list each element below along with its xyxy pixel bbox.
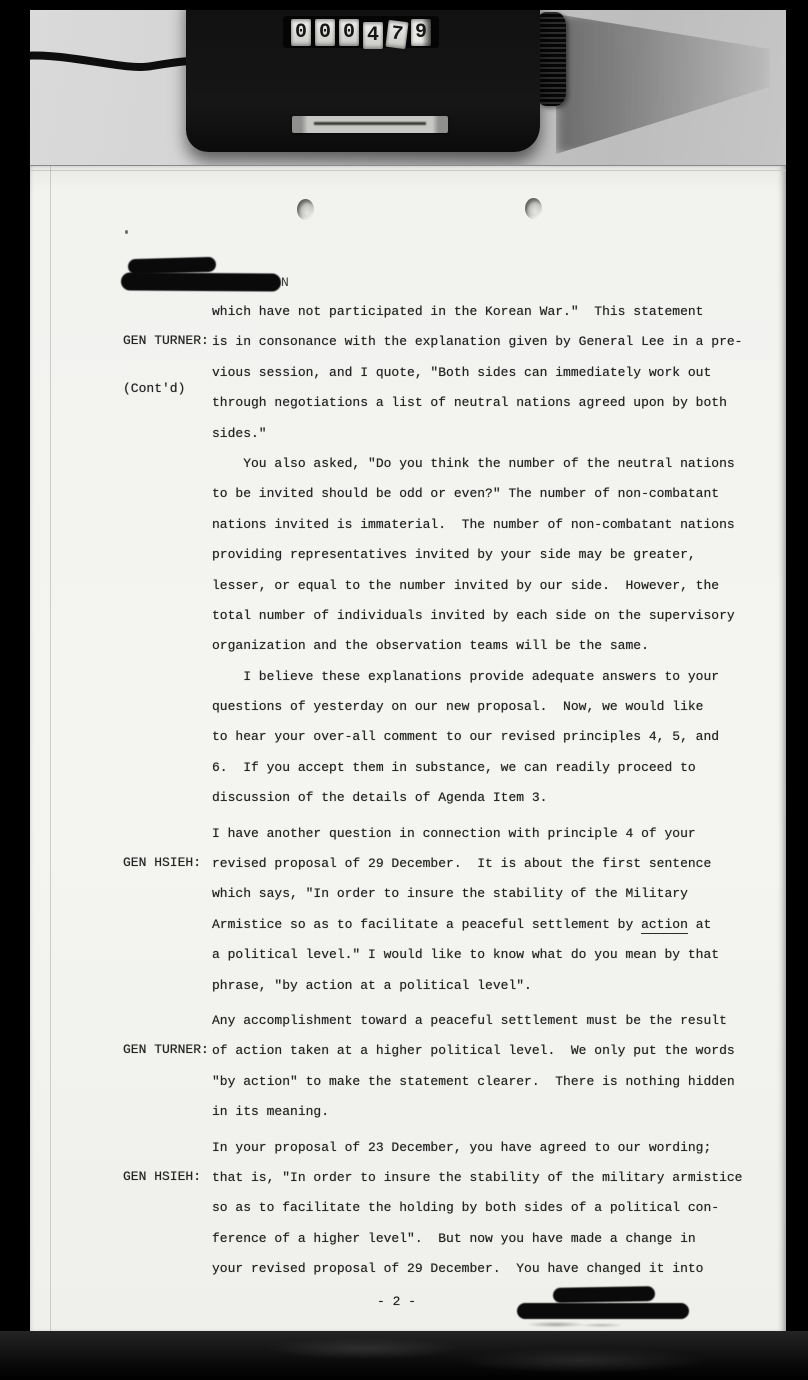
punch-hole-icon bbox=[297, 199, 314, 220]
transcript-line: lesser, or equal to the number invited b… bbox=[212, 571, 773, 601]
line-segment: Armistice so as to facilitate a peaceful… bbox=[212, 917, 641, 932]
redaction-partial-text: N bbox=[281, 275, 289, 290]
transcript: GEN TURNER: (Cont'd) which have not part… bbox=[123, 297, 773, 1290]
digit-cell: 7 bbox=[385, 19, 408, 48]
speaker-name: GEN HSIEH: bbox=[123, 1169, 212, 1185]
transcript-line: Armistice so as to facilitate a peaceful… bbox=[212, 910, 773, 940]
line-segment: at bbox=[688, 917, 711, 932]
digit-cell: 0 bbox=[339, 19, 359, 46]
redaction-bar bbox=[553, 1286, 655, 1303]
speaker-label: GEN TURNER: bbox=[123, 1006, 212, 1128]
digit: 0 bbox=[319, 21, 331, 44]
counter-label-plate bbox=[292, 116, 448, 133]
transcript-line: sides." bbox=[212, 419, 773, 449]
transcript-line: discussion of the details of Agenda Item… bbox=[212, 783, 773, 813]
transcript-line: In your proposal of 23 December, you hav… bbox=[212, 1133, 773, 1163]
speech-lines: I have another question in connection wi… bbox=[212, 819, 773, 1001]
transcript-line: total number of individuals invited by e… bbox=[212, 601, 773, 631]
handwriting-smudge bbox=[528, 1321, 620, 1328]
transcript-line: I believe these explanations provide ade… bbox=[212, 662, 773, 692]
speaker-note: (Cont'd) bbox=[123, 381, 212, 397]
transcript-line: "by action" to make the statement cleare… bbox=[212, 1067, 773, 1097]
redaction-bar bbox=[121, 272, 281, 291]
digit-cell: 0 bbox=[315, 19, 335, 46]
transcript-line: to hear your over-all comment to our rev… bbox=[212, 722, 773, 752]
digit: 9 bbox=[415, 21, 427, 44]
transcript-line: You also asked, "Do you think the number… bbox=[212, 449, 773, 479]
transcript-line: your revised proposal of 29 December. Yo… bbox=[212, 1254, 773, 1284]
scanned-document-photo: 0 0 0 4 7 9 N GEN TURNER: (Cont'd) which… bbox=[0, 0, 808, 1380]
transcript-block: GEN TURNER: (Cont'd) which have not part… bbox=[123, 297, 773, 814]
speaker-name: GEN TURNER: bbox=[123, 1042, 212, 1058]
digit-cell: 9 bbox=[411, 19, 431, 46]
transcript-block: GEN TURNER: Any accomplishment toward a … bbox=[123, 1006, 773, 1128]
counter-digit-window: 0 0 0 4 7 9 bbox=[283, 16, 439, 48]
scan-frame-top bbox=[0, 0, 808, 10]
speaker-name: GEN HSIEH: bbox=[123, 855, 212, 871]
transcript-line: to be invited should be odd or even?" Th… bbox=[212, 479, 773, 509]
digit-cell: 0 bbox=[291, 19, 311, 46]
transcript-line: through negotiations a list of neutral n… bbox=[212, 388, 773, 418]
speech-lines: In your proposal of 23 December, you hav… bbox=[212, 1133, 773, 1285]
speaker-label: GEN TURNER: (Cont'd) bbox=[123, 297, 212, 814]
counter-knob bbox=[536, 12, 566, 106]
transcript-block: GEN HSIEH: I have another question in co… bbox=[123, 819, 773, 1001]
speech-lines: which have not participated in the Korea… bbox=[212, 297, 773, 814]
digit: 0 bbox=[343, 21, 355, 44]
document-page: N GEN TURNER: (Cont'd) which have not pa… bbox=[30, 165, 786, 1332]
speaker-label: GEN HSIEH: bbox=[123, 1133, 212, 1285]
transcript-line: nations invited is immaterial. The numbe… bbox=[212, 510, 773, 540]
counter-device: 0 0 0 4 7 9 bbox=[186, 0, 540, 152]
transcript-line: phrase, "by action at a political level"… bbox=[212, 971, 773, 1001]
transcript-line: that is, "In order to insure the stabili… bbox=[212, 1163, 773, 1193]
speech-lines: Any accomplishment toward a peaceful set… bbox=[212, 1006, 773, 1128]
scan-background bbox=[0, 1331, 808, 1380]
transcript-line: revised proposal of 29 December. It is a… bbox=[212, 849, 773, 879]
transcript-line: so as to facilitate the holding by both … bbox=[212, 1193, 773, 1223]
scan-frame-right bbox=[786, 0, 808, 1380]
transcript-line: ference of a higher level". But now you … bbox=[212, 1224, 773, 1254]
digit: 4 bbox=[367, 24, 379, 47]
transcript-line: is in consonance with the explanation gi… bbox=[212, 327, 773, 357]
scan-frame-left bbox=[0, 0, 30, 1380]
transcript-line: I have another question in connection wi… bbox=[212, 819, 773, 849]
transcript-line: of action taken at a higher political le… bbox=[212, 1036, 773, 1066]
transcript-line: in its meaning. bbox=[212, 1097, 773, 1127]
under-sheet-edge bbox=[50, 166, 51, 1332]
digit: 7 bbox=[390, 22, 405, 46]
punch-hole-icon bbox=[525, 198, 542, 219]
digit: 0 bbox=[295, 21, 307, 44]
transcript-line: Any accomplishment toward a peaceful set… bbox=[212, 1006, 773, 1036]
transcript-line: questions of yesterday on our new propos… bbox=[212, 692, 773, 722]
transcript-line: providing representatives invited by you… bbox=[212, 540, 773, 570]
transcript-line: which have not participated in the Korea… bbox=[212, 297, 773, 327]
speaker-name: GEN TURNER: bbox=[123, 333, 212, 349]
transcript-line: vious session, and I quote, "Both sides … bbox=[212, 358, 773, 388]
transcript-line: a political level." I would like to know… bbox=[212, 940, 773, 970]
digit-cell: 4 bbox=[363, 22, 383, 49]
redaction-bar bbox=[517, 1303, 689, 1319]
underlined-word: action bbox=[641, 917, 688, 934]
transcript-line: 6. If you accept them in substance, we c… bbox=[212, 753, 773, 783]
pencil-speck bbox=[125, 230, 128, 234]
transcript-block: GEN HSIEH: In your proposal of 23 Decemb… bbox=[123, 1133, 773, 1285]
transcript-line: organization and the observation teams w… bbox=[212, 631, 773, 661]
transcript-line: which says, "In order to insure the stab… bbox=[212, 879, 773, 909]
page-number: - 2 - bbox=[377, 1294, 416, 1309]
speaker-label: GEN HSIEH: bbox=[123, 819, 212, 1001]
